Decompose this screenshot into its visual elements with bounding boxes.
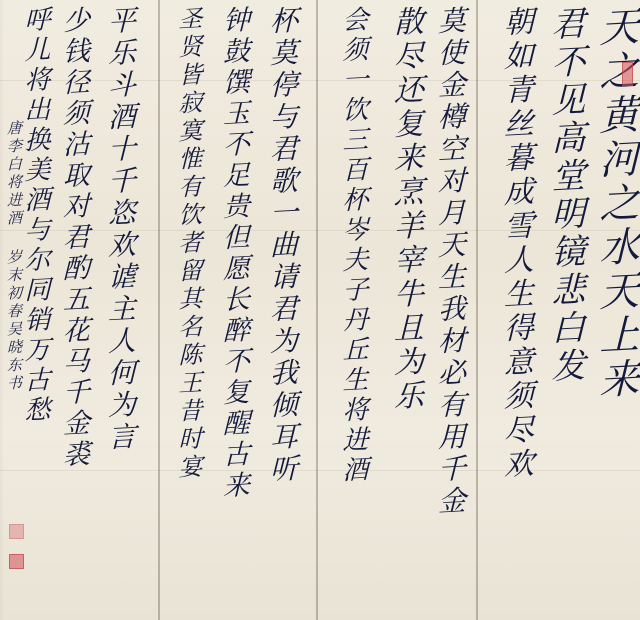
text-column: 朝如青丝暮成雪人生得意须尽欢 — [500, 5, 530, 483]
paper-crease — [0, 470, 640, 471]
seal-stamp — [9, 554, 24, 569]
seal-stamp — [9, 524, 24, 539]
panel-fold — [316, 0, 318, 620]
paper-crease — [0, 80, 640, 81]
calligraphy-scroll: 天之黄河之水天上来 君不见高堂明镜悲白发 朝如青丝暮成雪人生得意须尽欢 莫使金樽… — [0, 0, 640, 620]
text-column: 君不见高堂明镜悲白发 — [548, 5, 582, 387]
text-column: 会须一饮三百杯岑夫子丹丘生将进酒 — [340, 5, 366, 486]
seal-stamp — [622, 62, 633, 86]
text-column: 杯莫停与君歌一曲请君为我倾耳听 — [268, 5, 296, 486]
text-column: 圣贤皆寂寞惟有饮者留其名陈王昔时宴 — [176, 5, 200, 482]
text-column: 平乐斗酒十千恣欢谑主人何为言 — [106, 5, 134, 454]
text-column: 莫使金樽空对月天生我材必有用千金 — [436, 5, 464, 518]
text-column: 钟鼓馔玉不足贵但愿长醉不复醒古来 — [220, 5, 247, 502]
inscription: 唐李白将进酒 岁末初春吴晓东书 — [6, 120, 21, 394]
panel-fold — [476, 0, 478, 620]
text-column: 少钱径须沽取对君酌五花马千金裘 — [60, 5, 87, 471]
text-column: 呼儿将出换美酒与尔同销万古愁 — [22, 5, 48, 426]
text-column: 散尽还复来烹羊宰牛且为乐 — [390, 5, 420, 415]
paper-crease — [0, 230, 640, 231]
panel-fold — [158, 0, 160, 620]
